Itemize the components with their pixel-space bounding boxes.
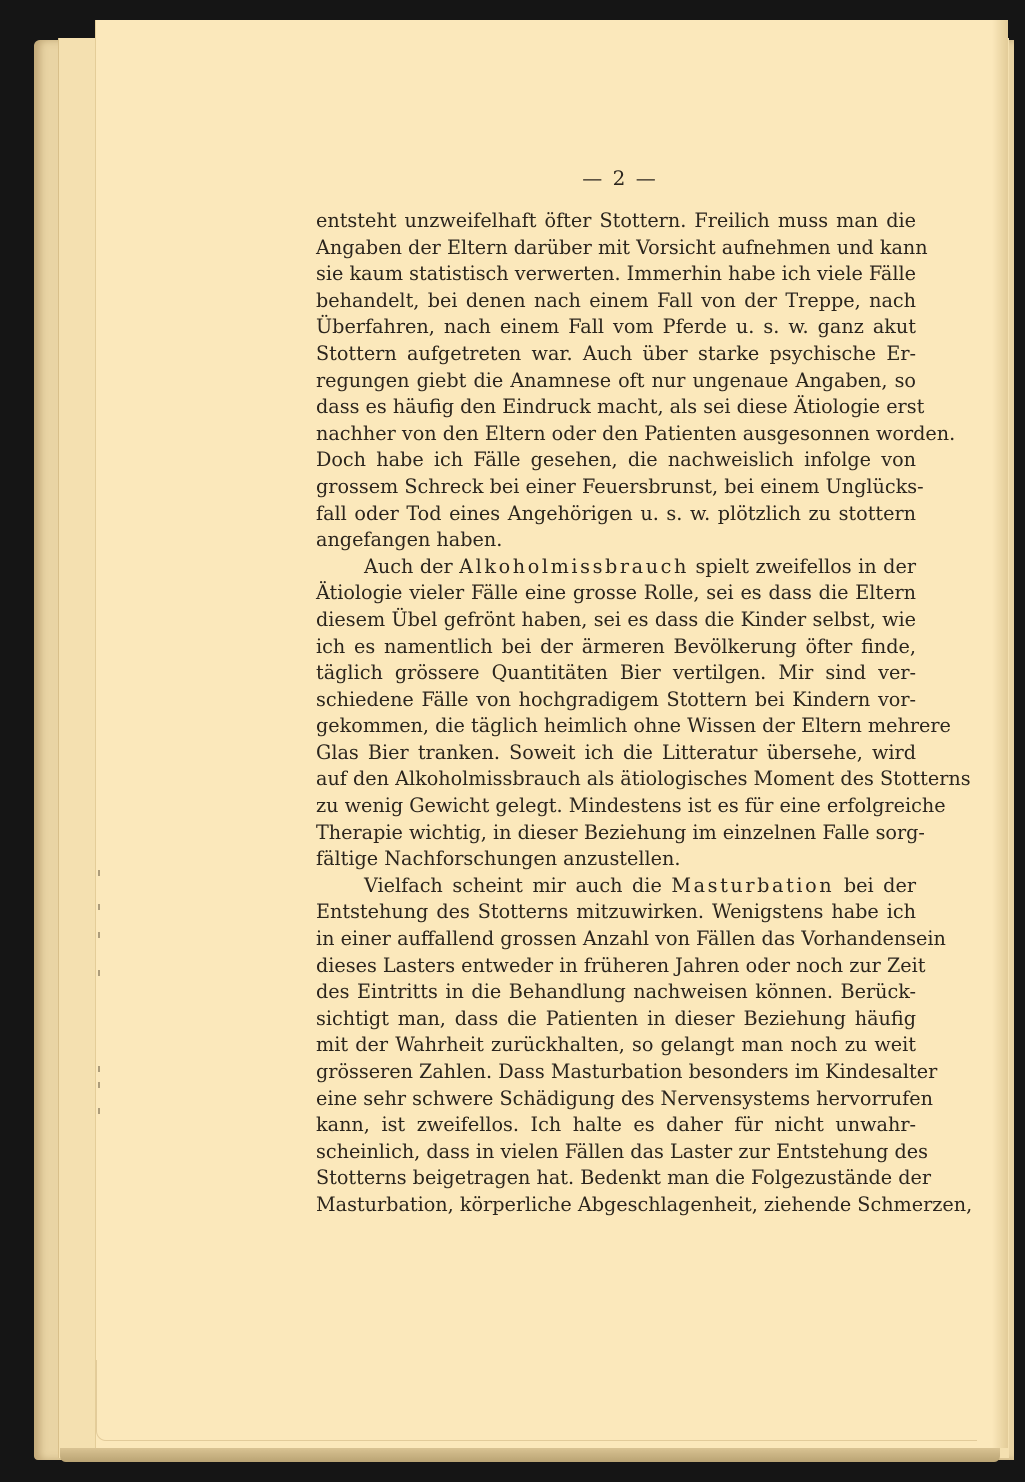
text-line: gekommen, die täglich heimlich ohne Wiss… <box>316 713 916 740</box>
text-line: diesem Übel gefrönt haben, sei es dass d… <box>316 607 916 634</box>
text-line: zu wenig Gewicht gelegt. Mindestens ist … <box>316 793 916 820</box>
text-line: ich es namentlich bei der ärmeren Bevölk… <box>316 634 916 661</box>
page-stack-bottom-edge <box>60 1448 1000 1462</box>
text-line: sichtigt man, dass die Patienten in dies… <box>316 1006 916 1033</box>
text-line: behandelt, bei denen nach einem Fall von… <box>316 288 916 315</box>
text-line: mit der Wahrheit zurückhalten, so gelang… <box>316 1032 916 1059</box>
text-line: Angaben der Eltern darüber mit Vorsicht … <box>316 235 916 262</box>
text-line: eine sehr schwere Schädigung des Nervens… <box>316 1086 916 1113</box>
text-line: angefangen haben. <box>316 527 916 554</box>
text-line: grösseren Zahlen. Dass Masturbation beso… <box>316 1059 916 1086</box>
text-line: Doch habe ich Fälle gesehen, die nachwei… <box>316 447 916 474</box>
text-line: Masturbation, körperliche Abgeschlagenhe… <box>316 1192 916 1219</box>
text-line: scheinlich, dass in vielen Fällen das La… <box>316 1139 916 1166</box>
text-line-first: Vielfach scheint mir auch die Masturbati… <box>316 873 916 900</box>
text-line: des Eintritts in die Behandlung nachweis… <box>316 979 916 1006</box>
text-line: täglich grössere Quantitäten Bier vertil… <box>316 660 916 687</box>
paragraph-3: Vielfach scheint mir auch die Masturbati… <box>316 873 916 1219</box>
text-line: auf den Alkoholmissbrauch als ätiologisc… <box>316 766 916 793</box>
text-line: Therapie wichtig, in dieser Beziehung im… <box>316 820 916 847</box>
emphasized-term: Masturbation <box>671 874 834 897</box>
text-line: dass es häufig den Eindruck macht, als s… <box>316 394 916 421</box>
text-line: sie kaum statistisch verwerten. Immerhin… <box>316 261 916 288</box>
emphasized-term: Alkoholmissbrauch <box>459 555 689 578</box>
text-line-first: Auch der Alkoholmissbrauch spielt zweife… <box>316 554 916 581</box>
page-fold-mark <box>96 1360 977 1441</box>
text-line: dieses Lasters entweder in früheren Jahr… <box>316 953 916 980</box>
text-line: Stotterns beigetragen hat. Bedenkt man d… <box>316 1165 916 1192</box>
text-line: Glas Bier tranken. Soweit ich die Litter… <box>316 740 916 767</box>
text-line: grossem Schreck bei einer Feuersbrunst, … <box>316 474 916 501</box>
text-line: fall oder Tod eines Angehörigen u. s. w.… <box>316 501 916 528</box>
text-segment: spielt zweifellos in der <box>689 555 916 578</box>
margin-marks <box>98 870 104 1120</box>
paragraph-2: Auch der Alkoholmissbrauch spielt zweife… <box>316 554 916 873</box>
text-line: schiedene Fälle von hochgradigem Stotter… <box>316 687 916 714</box>
text-segment: Vielfach scheint mir auch die <box>364 874 671 897</box>
text-line: in einer auffallend grossen Anzahl von F… <box>316 926 916 953</box>
text-segment: Auch der <box>364 555 459 578</box>
page-number: — 2 — <box>560 166 680 190</box>
text-line: Stottern aufgetreten war. Auch über star… <box>316 341 916 368</box>
text-line: Überfahren, nach einem Fall vom Pferde u… <box>316 314 916 341</box>
text-line: kann, ist zweifellos. Ich halte es daher… <box>316 1112 916 1139</box>
text-line: entsteht unzweifelhaft öfter Stottern. F… <box>316 208 916 235</box>
text-line: regungen giebt die Anamnese oft nur unge… <box>316 368 916 395</box>
text-line: Ätiologie vieler Fälle eine grosse Rolle… <box>316 580 916 607</box>
text-line: fältige Nachforschungen anzustellen. <box>316 846 916 873</box>
text-line: Entstehung des Stotterns mitzuwirken. We… <box>316 899 916 926</box>
body-text: entsteht unzweifelhaft öfter Stottern. F… <box>316 208 916 1219</box>
text-line: nachher von den Eltern oder den Patiente… <box>316 421 916 448</box>
paragraph-1: entsteht unzweifelhaft öfter Stottern. F… <box>316 208 916 554</box>
text-segment: bei der <box>834 874 916 897</box>
page-gutter-shade <box>992 20 1008 1448</box>
